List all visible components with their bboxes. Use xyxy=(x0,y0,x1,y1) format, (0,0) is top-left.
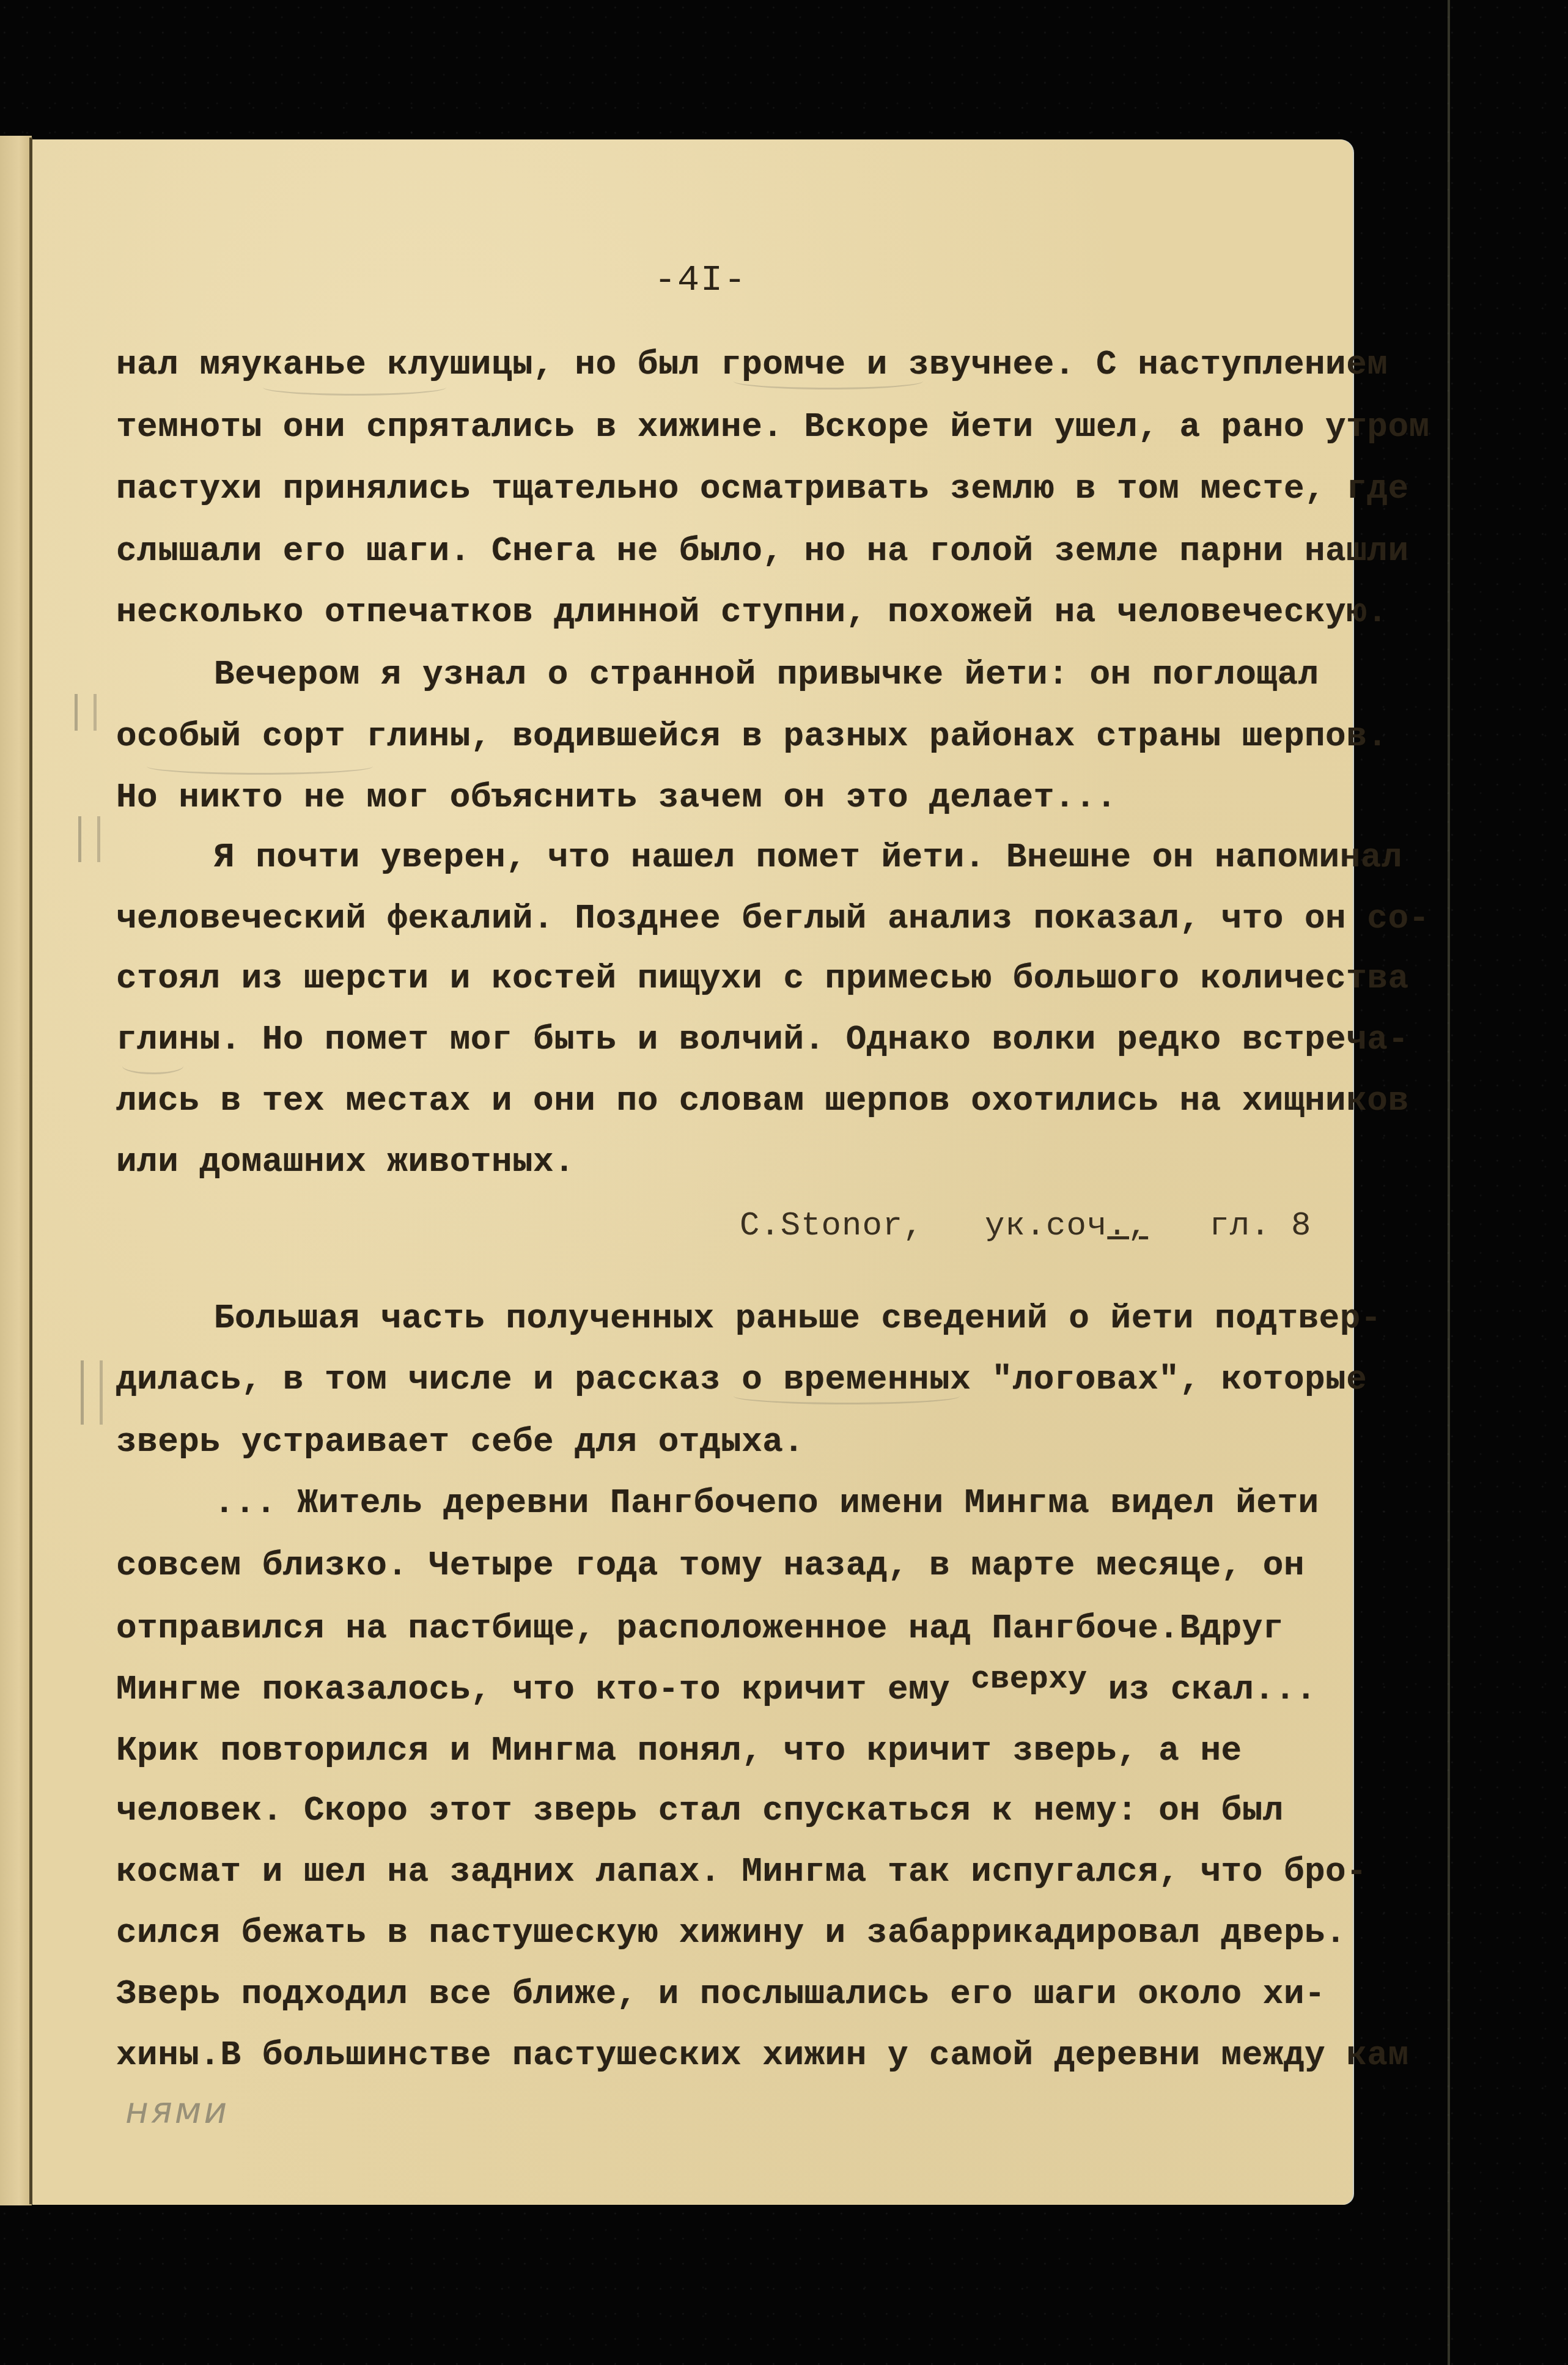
previous-page-edge xyxy=(0,136,32,2205)
text-line: слышали его шаги. Снега не было, но на г… xyxy=(116,534,1409,568)
page-number: -4I- xyxy=(654,260,740,301)
text-line: пастухи принялись тщательно осматривать … xyxy=(116,471,1409,506)
text-line: Большая часть полученных раньше сведений… xyxy=(214,1301,1382,1335)
citation-work: ук.соч xyxy=(985,1208,1107,1245)
text-line: отправился на пастбище, расположенное на… xyxy=(116,1611,1284,1645)
pencil-margin-mark xyxy=(78,816,100,862)
text-line: совсем близко. Четыре года тому назад, в… xyxy=(116,1548,1305,1582)
pencil-margin-mark xyxy=(81,1360,103,1425)
text-segment: из скал... xyxy=(1088,1670,1317,1709)
citation-work-suffix: ., xyxy=(1107,1208,1148,1245)
handwritten-pencil-note: нями xyxy=(125,2090,229,2131)
text-line: несколько отпечатков длинной ступни, пох… xyxy=(116,595,1388,629)
text-line: темноты они спрятались в хижине. Вскоре … xyxy=(116,410,1430,444)
text-line: стоял из шерсти и костей пищухи с примес… xyxy=(116,961,1409,995)
text-segment: Мингме показалось, что кто-то кричит ему xyxy=(116,1670,971,1709)
page-spine-fold xyxy=(29,138,32,2204)
text-line: Я почти уверен, что нашел помет йети. Вн… xyxy=(214,840,1402,874)
text-line: Зверь подходил все ближе, и послышались … xyxy=(116,1977,1325,2011)
text-line: или домашних животных. xyxy=(116,1145,575,1179)
text-line: Но никто не мог объяснить зачем он это д… xyxy=(116,780,1117,814)
text-line: хины.В большинстве пастушеских хижин у с… xyxy=(116,2038,1409,2072)
binder-edge-line xyxy=(1448,0,1450,2365)
source-citation: C.Stonor, ук.соч., гл. 8 xyxy=(740,1208,1311,1245)
text-line: лись в тех местах и они по словам шерпов… xyxy=(116,1083,1409,1118)
text-line: глины. Но помет мог быть и волчий. Однак… xyxy=(116,1022,1409,1057)
text-line: космат и шел на задних лапах. Мингма так… xyxy=(116,1854,1367,1889)
text-line: особый сорт глины, водившейся в разных р… xyxy=(116,719,1388,753)
text-line: Мингме показалось, что кто-то кричит ему… xyxy=(116,1672,1317,1706)
text-line: сился бежать в пастушескую хижину и заба… xyxy=(116,1916,1346,1950)
pencil-underline-squiggle xyxy=(122,1058,183,1074)
text-line: человек. Скоро этот зверь стал спускатьс… xyxy=(116,1793,1284,1828)
citation-chapter: гл. 8 xyxy=(1209,1208,1311,1245)
text-line: человеческий фекалий. Позднее беглый ана… xyxy=(116,901,1430,935)
text-line: Крик повторился и Мингма понял, что крич… xyxy=(116,1733,1242,1768)
text-line: зверь устраивает себе для отдыха. xyxy=(116,1425,804,1459)
citation-author: C.Stonor, xyxy=(740,1208,924,1245)
text-line: нал мяуканье клушицы, но был громче и зв… xyxy=(116,347,1388,382)
text-line: дилась, в том числе и рассказ о временны… xyxy=(116,1362,1367,1396)
text-line: Вечером я узнал о странной привычке йети… xyxy=(214,657,1319,692)
inserted-word-superscript: сверху xyxy=(971,1661,1087,1697)
text-line: ... Житель деревни Пангбочепо имени Минг… xyxy=(214,1486,1319,1520)
pencil-underline-squiggle xyxy=(147,758,373,775)
pencil-margin-mark xyxy=(75,694,97,731)
